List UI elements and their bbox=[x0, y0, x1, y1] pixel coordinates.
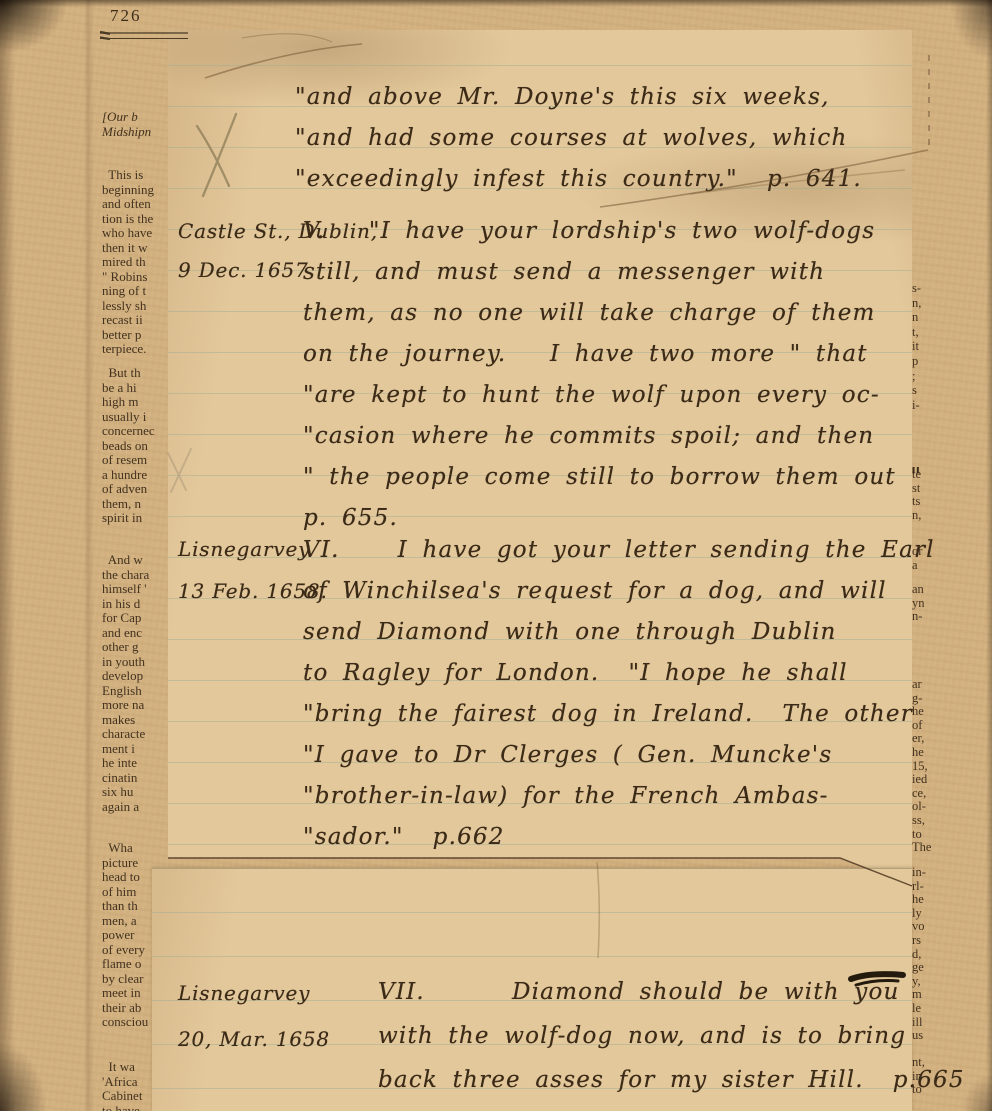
text-line: V. "I have your lordship's two wolf-dogs bbox=[303, 211, 922, 252]
text-line: in- bbox=[912, 866, 926, 880]
text-line: "and had some courses at wolves, which bbox=[295, 118, 862, 159]
text-line: beads on bbox=[102, 439, 155, 454]
text-line: " the people come still to borrow them o… bbox=[303, 457, 922, 498]
text-line: Lisnegarvey bbox=[178, 970, 330, 1016]
text-line: beginning bbox=[102, 183, 154, 198]
text-line: then it w bbox=[102, 241, 154, 256]
text-line: cinatin bbox=[102, 771, 149, 786]
text-line: Cabinet bbox=[102, 1089, 142, 1104]
text-line: lessly sh bbox=[102, 299, 154, 314]
text-line: ly bbox=[912, 907, 926, 921]
text-line: again a bbox=[102, 800, 149, 815]
text-line: by clear bbox=[102, 972, 148, 987]
text-line: d, bbox=[912, 948, 926, 962]
text-line: for Cap bbox=[102, 611, 149, 626]
text-line: This is bbox=[102, 168, 154, 183]
text-line: And w bbox=[102, 553, 149, 568]
text-line: spirit in bbox=[102, 511, 155, 526]
text-line: Midshipn bbox=[102, 125, 151, 140]
text-line: be a hi bbox=[102, 381, 155, 396]
page-number: 726 bbox=[110, 6, 142, 26]
text-line: of adven bbox=[102, 482, 155, 497]
text-line: develop bbox=[102, 669, 149, 684]
text-line: rs bbox=[912, 934, 926, 948]
scanned-document-page: 726 [Our bMidshipn This isbeginningand o… bbox=[0, 0, 992, 1111]
text-line: picture bbox=[102, 856, 148, 871]
text-line: It wa bbox=[102, 1060, 142, 1075]
text-line: VI. I have got your letter sending the E… bbox=[303, 530, 935, 571]
text-line: Wha bbox=[102, 841, 148, 856]
manuscript-entry-vii: VII. Diamond should be with youwith the … bbox=[378, 970, 965, 1102]
text-line: terpiece. bbox=[102, 342, 154, 357]
text-line: in his d bbox=[102, 597, 149, 612]
text-line: usually i bbox=[102, 410, 155, 425]
text-line: he inte bbox=[102, 756, 149, 771]
text-line: their ab bbox=[102, 1001, 148, 1016]
text-line: "sador." p.662 bbox=[303, 817, 935, 858]
text-line: to have bbox=[102, 1104, 142, 1111]
printed-left-column-fragment: [Our bMidshipn bbox=[102, 110, 151, 139]
text-line: them, as no one will take charge of them bbox=[303, 293, 922, 334]
margin-note-lisnegarvey-mar: Lisnegarvey20, Mar. 1658 bbox=[178, 970, 330, 1062]
text-line: "and above Mr. Doyne's this six weeks, bbox=[295, 77, 862, 118]
manuscript-entry-quote-p641: "and above Mr. Doyne's this six weeks,"a… bbox=[295, 77, 862, 200]
text-line: But th bbox=[102, 366, 155, 381]
manuscript-entry-vi: VI. I have got your letter sending the E… bbox=[303, 530, 935, 858]
text-line: men, a bbox=[102, 914, 148, 929]
text-line: of resem bbox=[102, 453, 155, 468]
text-line: tion is the bbox=[102, 212, 154, 227]
text-line: [Our b bbox=[102, 110, 151, 125]
printed-left-column-fragment: And wthe charahimself 'in his dfor Capan… bbox=[102, 553, 149, 814]
text-line: head to bbox=[102, 870, 148, 885]
text-line: meet in bbox=[102, 986, 148, 1001]
text-line: concernec bbox=[102, 424, 155, 439]
text-line: VII. Diamond should be with you bbox=[378, 970, 965, 1014]
text-line: 20, Mar. 1658 bbox=[178, 1016, 330, 1062]
printed-left-column-fragment: Whapicturehead toof himthan thmen, apowe… bbox=[102, 841, 148, 1030]
text-line: send Diamond with one through Dublin bbox=[303, 612, 935, 653]
text-line: he bbox=[912, 893, 926, 907]
text-line: "I gave to Dr Clerges ( Gen. Muncke's bbox=[303, 735, 935, 776]
text-line: and often bbox=[102, 197, 154, 212]
text-line: the chara bbox=[102, 568, 149, 583]
printed-left-column-fragment: This isbeginningand oftention is thewho … bbox=[102, 168, 154, 357]
text-line: English bbox=[102, 684, 149, 699]
text-line: still, and must send a messenger with bbox=[303, 252, 922, 293]
text-line: himself ' bbox=[102, 582, 149, 597]
text-line: makes bbox=[102, 713, 149, 728]
text-line: on the journey. I have two more " that bbox=[303, 334, 922, 375]
text-line: to Ragley for London. "I hope he shall bbox=[303, 653, 935, 694]
text-line: characte bbox=[102, 727, 149, 742]
text-line: with the wolf-dog now, and is to bring bbox=[378, 1014, 965, 1058]
text-line: in youth bbox=[102, 655, 149, 670]
text-line: vo bbox=[912, 920, 926, 934]
text-line: who have bbox=[102, 226, 154, 241]
text-line: a hundre bbox=[102, 468, 155, 483]
text-line: better p bbox=[102, 328, 154, 343]
text-line: consciou bbox=[102, 1015, 148, 1030]
text-line: "bring the fairest dog in Ireland. The o… bbox=[303, 694, 935, 735]
text-line: "exceedingly infest this country." p. 64… bbox=[295, 159, 862, 200]
text-line: of Winchilsea's request for a dog, and w… bbox=[303, 571, 935, 612]
text-line: back three asses for my sister Hill. p.6… bbox=[378, 1058, 965, 1102]
text-line: and enc bbox=[102, 626, 149, 641]
text-line: them, n bbox=[102, 497, 155, 512]
text-line: other g bbox=[102, 640, 149, 655]
printed-left-column-fragment: But thbe a hihigh musually iconcernecbea… bbox=[102, 366, 155, 526]
text-line: " Robins bbox=[102, 270, 154, 285]
manuscript-entry-v: V. "I have your lordship's two wolf-dogs… bbox=[303, 211, 922, 539]
text-line: than th bbox=[102, 899, 148, 914]
text-line: six hu bbox=[102, 785, 149, 800]
text-line: mired th bbox=[102, 255, 154, 270]
text-line: ning of t bbox=[102, 284, 154, 299]
text-line: "brother-in-law) for the French Ambas- bbox=[303, 776, 935, 817]
text-line: of every bbox=[102, 943, 148, 958]
printed-left-column-fragment: It wa'AfricaCabinetto have bbox=[102, 1060, 142, 1111]
text-line: power bbox=[102, 928, 148, 943]
text-line: "casion where he commits spoil; and then bbox=[303, 416, 922, 457]
text-line: flame o bbox=[102, 957, 148, 972]
text-line: ment i bbox=[102, 742, 149, 757]
text-line: 'Africa bbox=[102, 1075, 142, 1090]
text-line: more na bbox=[102, 698, 149, 713]
text-line: of him bbox=[102, 885, 148, 900]
text-line: rl- bbox=[912, 880, 926, 894]
text-line: "are kept to hunt the wolf upon every oc… bbox=[303, 375, 922, 416]
text-line: recast ii bbox=[102, 313, 154, 328]
text-line: high m bbox=[102, 395, 155, 410]
